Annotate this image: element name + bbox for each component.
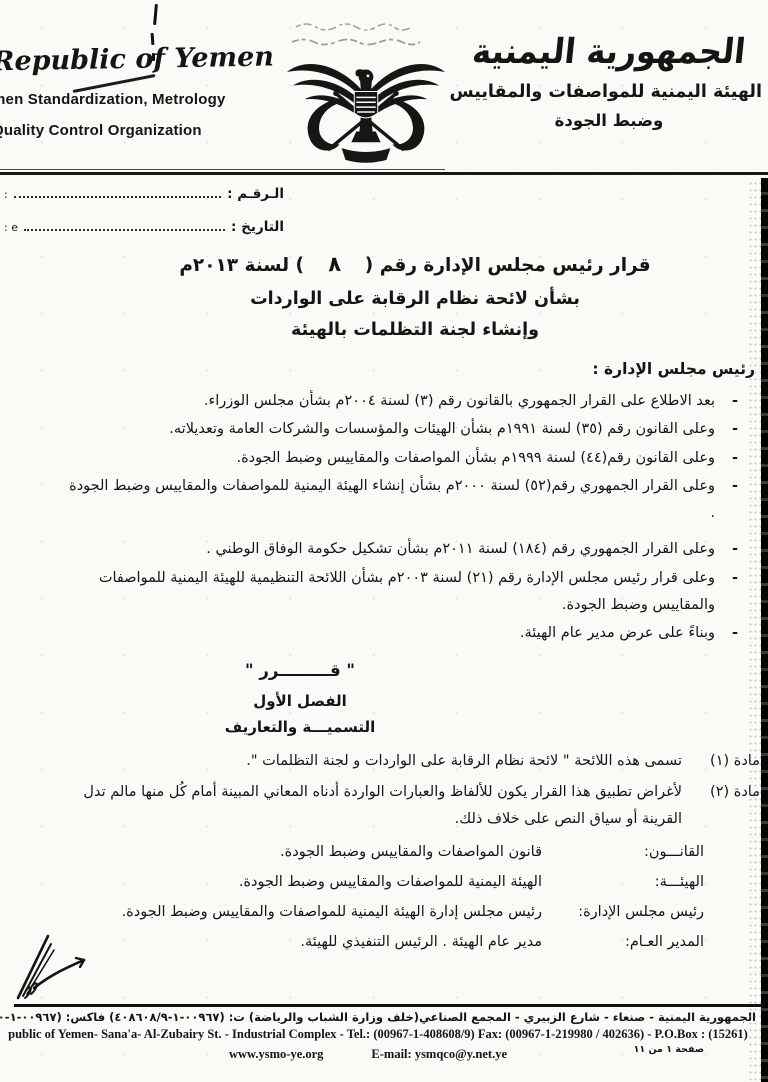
section-heading: التسميـــة والتعاريف — [0, 718, 600, 736]
definition-text: قانون المواصفات والمقاييس وضبط الجودة. — [70, 842, 542, 863]
scanned-decree-document: Republic of Yemen men Standardization, M… — [0, 0, 768, 1082]
number-dotted-line — [14, 196, 221, 198]
preamble-item: - بعد الاطلاع على القرار الجمهوري بالقان… — [64, 388, 738, 415]
preamble-item: - وعلى القرار الجمهوري رقم (١٨٤) لسنة ٢٠… — [64, 536, 738, 563]
definition-row: الهيئـــة: الهيئة اليمنية للمواصفات والم… — [70, 872, 704, 893]
republic-script-title: Republic of Yemen — [0, 42, 264, 78]
issuer-heading: رئيس مجلس الإدارة : — [0, 360, 768, 378]
handwritten-decree-number: ٨ — [327, 252, 341, 277]
org-name-english-line1: men Standardization, Metrology — [0, 91, 264, 108]
org-name-english-line2: Quality Control Organization — [0, 122, 264, 139]
org-name-arabic-line2: وضبط الجودة — [456, 111, 762, 130]
header-rule-thin — [0, 169, 445, 170]
bullet-dash: - — [728, 445, 738, 472]
scan-edge-strip — [761, 178, 768, 1082]
preamble-item: - وعلى القرار الجمهوري رقم(٥٢) لسنة ٢٠٠٠… — [64, 473, 738, 528]
definition-text: رئيس مجلس إدارة الهيئة اليمنية للمواصفات… — [70, 902, 542, 923]
definition-term: رئيس مجلس الإدارة: — [554, 902, 704, 923]
definition-row: المدير العـام: مدير عام الهيئة . الرئيس … — [70, 932, 704, 953]
letterhead-arabic: الجمهورية اليمنية الهيئة اليمنية للمواصف… — [456, 32, 762, 130]
bullet-dash: - — [728, 620, 738, 647]
preamble-item: - وعلى القانون رقم(٤٤) لسنة ١٩٩٩م بشأن ا… — [64, 445, 738, 472]
org-name-arabic-line1: الهيئة اليمنية للمواصفات والمقاييس — [456, 82, 762, 102]
bullet-dash: - — [728, 565, 738, 620]
footer-english-line: public of Yemen- Sana'a- Al-Zubairy St. … — [0, 1027, 768, 1042]
articles-list: مادة (١) تسمى هذه اللائحة " لائحة نظام ا… — [0, 748, 768, 832]
footer-block: الجمهورية اليمنية - صنعاء - شارع الزبيري… — [0, 1010, 768, 1062]
number-left-fragment: : — [4, 188, 8, 201]
preamble-item: - وعلى القانون رقم (٣٥) لسنة ١٩٩١م بشأن … — [64, 416, 738, 443]
bullet-dash: - — [728, 388, 738, 415]
definition-text: مدير عام الهيئة . الرئيس التنفيذي للهيئة… — [70, 932, 542, 953]
definition-term: القانـــون: — [554, 842, 704, 863]
number-label: الـرقـم : — [227, 186, 284, 202]
definition-text: الهيئة اليمنية للمواصفات والمقاييس وضبط … — [70, 872, 542, 893]
preamble-item: - وعلى قرار رئيس مجلس الإدارة رقم (٢١) ل… — [64, 565, 738, 620]
date-label: التاريخ : — [231, 219, 284, 235]
yemen-eagle-emblem-icon — [283, 48, 449, 176]
article-text: لأغراض تطبيق هذا القرار يكون للألفاظ وال… — [58, 779, 682, 833]
reference-date-row: التاريخ : e : — [4, 219, 284, 235]
decree-body: قرار رئيس مجلس الإدارة رقم (٨) لسنة ٢٠١٣… — [0, 252, 768, 953]
preamble-list: - بعد الاطلاع على القرار الجمهوري بالقان… — [0, 388, 768, 647]
letterhead-english: Republic of Yemen men Standardization, M… — [0, 44, 264, 139]
decree-subtitle-1: بشأن لائحة نظام الرقابة على الواردات — [0, 289, 768, 309]
bullet-dash: - — [728, 416, 738, 443]
footer-email: E-mail: ysmqco@y.net.ye — [371, 1047, 507, 1062]
preamble-item: - وبناءً على عرض مدير عام الهيئة. — [64, 620, 738, 647]
definition-term: الهيئـــة: — [554, 872, 704, 893]
republic-calligraphy-title: الجمهورية اليمنية — [454, 30, 764, 71]
decree-title-block: قرار رئيس مجلس الإدارة رقم (٨) لسنة ٢٠١٣… — [0, 252, 768, 340]
definition-row: رئيس مجلس الإدارة: رئيس مجلس إدارة الهيئ… — [70, 902, 704, 923]
date-left-fragment: e : — [4, 221, 18, 234]
footer-website: www.ysmo-ye.org — [229, 1047, 323, 1062]
date-dotted-line — [24, 229, 225, 231]
definition-row: القانـــون: قانون المواصفات والمقاييس وض… — [70, 842, 704, 863]
decision-center-block: " قـــــــــرر " الفصل الأول التسميـــة … — [0, 661, 600, 736]
decision-word: " قـــــــــرر " — [0, 661, 600, 680]
footer-arabic-line: الجمهورية اليمنية - صنعاء - شارع الزبيري… — [0, 1010, 768, 1024]
decree-title-pre: قرار رئيس مجلس الإدارة رقم ( — [365, 255, 651, 276]
definitions-list: القانـــون: قانون المواصفات والمقاييس وض… — [0, 842, 768, 953]
signature-mark-icon — [4, 924, 114, 1004]
footer-rule — [14, 1004, 768, 1007]
reference-number-row: الـرقـم : : — [4, 186, 284, 202]
article-text: تسمى هذه اللائحة " لائحة نظام الرقابة عل… — [58, 748, 682, 775]
faded-stamp-scribble — [290, 18, 440, 52]
scan-edge-noise — [748, 180, 761, 1082]
bullet-dash: - — [728, 536, 738, 563]
bullet-dash: - — [728, 473, 738, 528]
chapter-heading: الفصل الأول — [0, 692, 600, 710]
header-rule — [0, 172, 768, 175]
pen-mark — [153, 4, 158, 25]
article-row: مادة (١) تسمى هذه اللائحة " لائحة نظام ا… — [58, 748, 760, 775]
decree-title-post: ) لسنة ٢٠١٣م — [179, 255, 304, 276]
article-row: مادة (٢) لأغراض تطبيق هذا القرار يكون لل… — [58, 779, 760, 833]
decree-title-line1: قرار رئيس مجلس الإدارة رقم (٨) لسنة ٢٠١٣… — [0, 252, 768, 276]
definition-term: المدير العـام: — [554, 932, 704, 953]
decree-subtitle-2: وإنشاء لجنة التظلمات بالهيئة — [0, 320, 768, 340]
page-number-marker: صفحة ١ من ١١ — [634, 1044, 704, 1055]
